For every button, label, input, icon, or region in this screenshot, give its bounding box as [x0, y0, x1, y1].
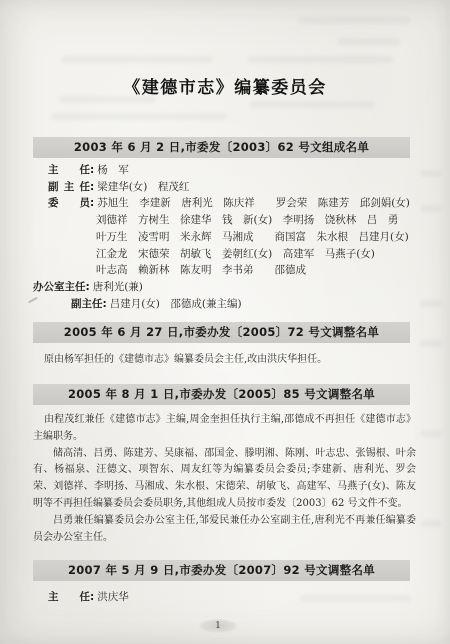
paragraph: 储高清、吕勇、陈建芳、吴康福、邵国金、滕明湘、陈刚、叶志忠、张锡根、叶余有、杨福… [33, 446, 416, 513]
page-number: 1 [199, 619, 237, 633]
bleedthrough-mark [52, 113, 227, 120]
paragraph: 由程茂红兼任《建德市志》主编,周金奎担任执行主编,邵德成不再担任《建德市志》主编… [33, 412, 416, 446]
director-label: 主任 [48, 162, 90, 179]
members-label: 委员 [48, 195, 90, 212]
banner-2007-92: 2007 年 5 月 9 日,市委办发〔2007〕92 号文调整名单 [33, 560, 410, 581]
bleedthrough-mark [62, 56, 212, 63]
roster-row-members-5: 叶志高 赖新林 陈友明 李书弟 邵德成 [33, 262, 417, 279]
roster-row-office-director: 办公室主任: 唐利光(兼) [33, 279, 417, 296]
bleedthrough-mark [250, 101, 375, 108]
label-colon: : [86, 279, 93, 296]
member-names: 叶志高 赖新林 陈友明 李书弟 邵德成 [96, 264, 306, 276]
roster-row-members-4: 江金龙 宋德荣 胡敏飞 姜朝红(女) 高建军 马燕子(女) [33, 246, 417, 263]
label-colon: : [103, 296, 110, 313]
bleedthrough-mark [248, 56, 393, 63]
adjustment-2005-72-text: 原由杨军担任的《建德市志》编纂委员会主任,改由洪庆华担任。 [33, 352, 416, 369]
bleedthrough-mark [421, 170, 441, 177]
roster-row-deputy-director: 副主任: 梁建华(女) 程茂红 [33, 179, 417, 196]
member-names: 江金龙 宋德荣 胡敏飞 姜朝红(女) 高建军 马燕子(女) [96, 248, 375, 260]
adjustment-2005-85-text: 由程茂红兼任《建德市志》主编,周金奎担任执行主编,邵德成不再担任《建德市志》主编… [33, 412, 416, 546]
paragraph: 吕勇兼任编纂委员会办公室主任,邹爱民兼任办公室副主任,唐利光不再兼任编纂委员会办… [33, 513, 416, 547]
roster-row-office-deputy: 副主任: 吕建月(女) 邵德成(兼主编) [33, 296, 417, 313]
member-names: 苏旭生 李建新 唐利光 陈庆祥 罗会荣 陈建芳 邱剑娟(女) [97, 195, 410, 212]
roster-2007: 主任: 洪庆华 [33, 589, 417, 605]
banner-2003-62: 2003 年 6 月 2 日,市委发〔2003〕62 号文组成名单 [33, 137, 410, 158]
bleedthrough-mark [338, 38, 400, 45]
label-colon: : [90, 589, 97, 605]
bleedthrough-mark [421, 430, 441, 437]
bleedthrough-mark [420, 340, 442, 347]
office-director-name: 唐利光(兼) [93, 279, 143, 296]
office-director-label: 办公室主任 [33, 279, 86, 296]
roster-row-director-2007: 主任: 洪庆华 [33, 589, 417, 605]
office-deputy-label: 副主任 [71, 296, 103, 313]
banner-2005-72: 2005 年 6 月 27 日,市委办发〔2005〕72 号文调整名单 [33, 322, 410, 343]
page-title: 《建德市志》编纂委员会 [0, 73, 450, 98]
bleedthrough-mark [421, 520, 441, 527]
member-names: 叶万生 凌雪明 米永辉 马湘成 商国富 朱水根 吕建月(女) [96, 231, 409, 243]
director-label: 主任 [48, 589, 90, 605]
roster-row-members-2: 刘德祥 方树生 徐建华 钱 新(女) 李明扬 饶秋林 吕 勇 [33, 212, 417, 229]
label-colon: : [90, 195, 97, 212]
roster-row-members-3: 叶万生 凌雪明 米永辉 马湘成 商国富 朱水根 吕建月(女) [33, 229, 417, 246]
paragraph: 原由杨军担任的《建德市志》编纂委员会主任,改由洪庆华担任。 [33, 352, 416, 369]
banner-2005-85: 2005 年 8 月 1 日,市委办发〔2005〕85 号文调整名单 [33, 384, 410, 405]
roster-row-director: 主任: 杨 军 [33, 162, 417, 179]
deputy-director-label: 副主任 [48, 179, 90, 196]
bleedthrough-mark [298, 17, 410, 24]
label-colon: : [90, 162, 97, 179]
member-names: 刘德祥 方树生 徐建华 钱 新(女) 李明扬 饶秋林 吕 勇 [96, 214, 398, 226]
director-name: 洪庆华 [97, 589, 129, 605]
scanned-document-page: 《建德市志》编纂委员会 2003 年 6 月 2 日,市委发〔2003〕62 号… [0, 0, 450, 644]
office-deputy-names: 吕建月(女) 邵德成(兼主编) [110, 296, 242, 313]
roster-row-members-1: 委员: 苏旭生 李建新 唐利光 陈庆祥 罗会荣 陈建芳 邱剑娟(女) [33, 195, 417, 212]
bleedthrough-mark [420, 300, 442, 307]
director-name: 杨 军 [97, 162, 129, 179]
roster-2003: 主任: 杨 军 副主任: 梁建华(女) 程茂红 委员: 苏旭生 李建新 唐利光 … [33, 162, 417, 312]
label-colon: : [90, 179, 97, 196]
bleedthrough-mark [421, 205, 441, 212]
deputy-director-names: 梁建华(女) 程茂红 [97, 179, 189, 196]
